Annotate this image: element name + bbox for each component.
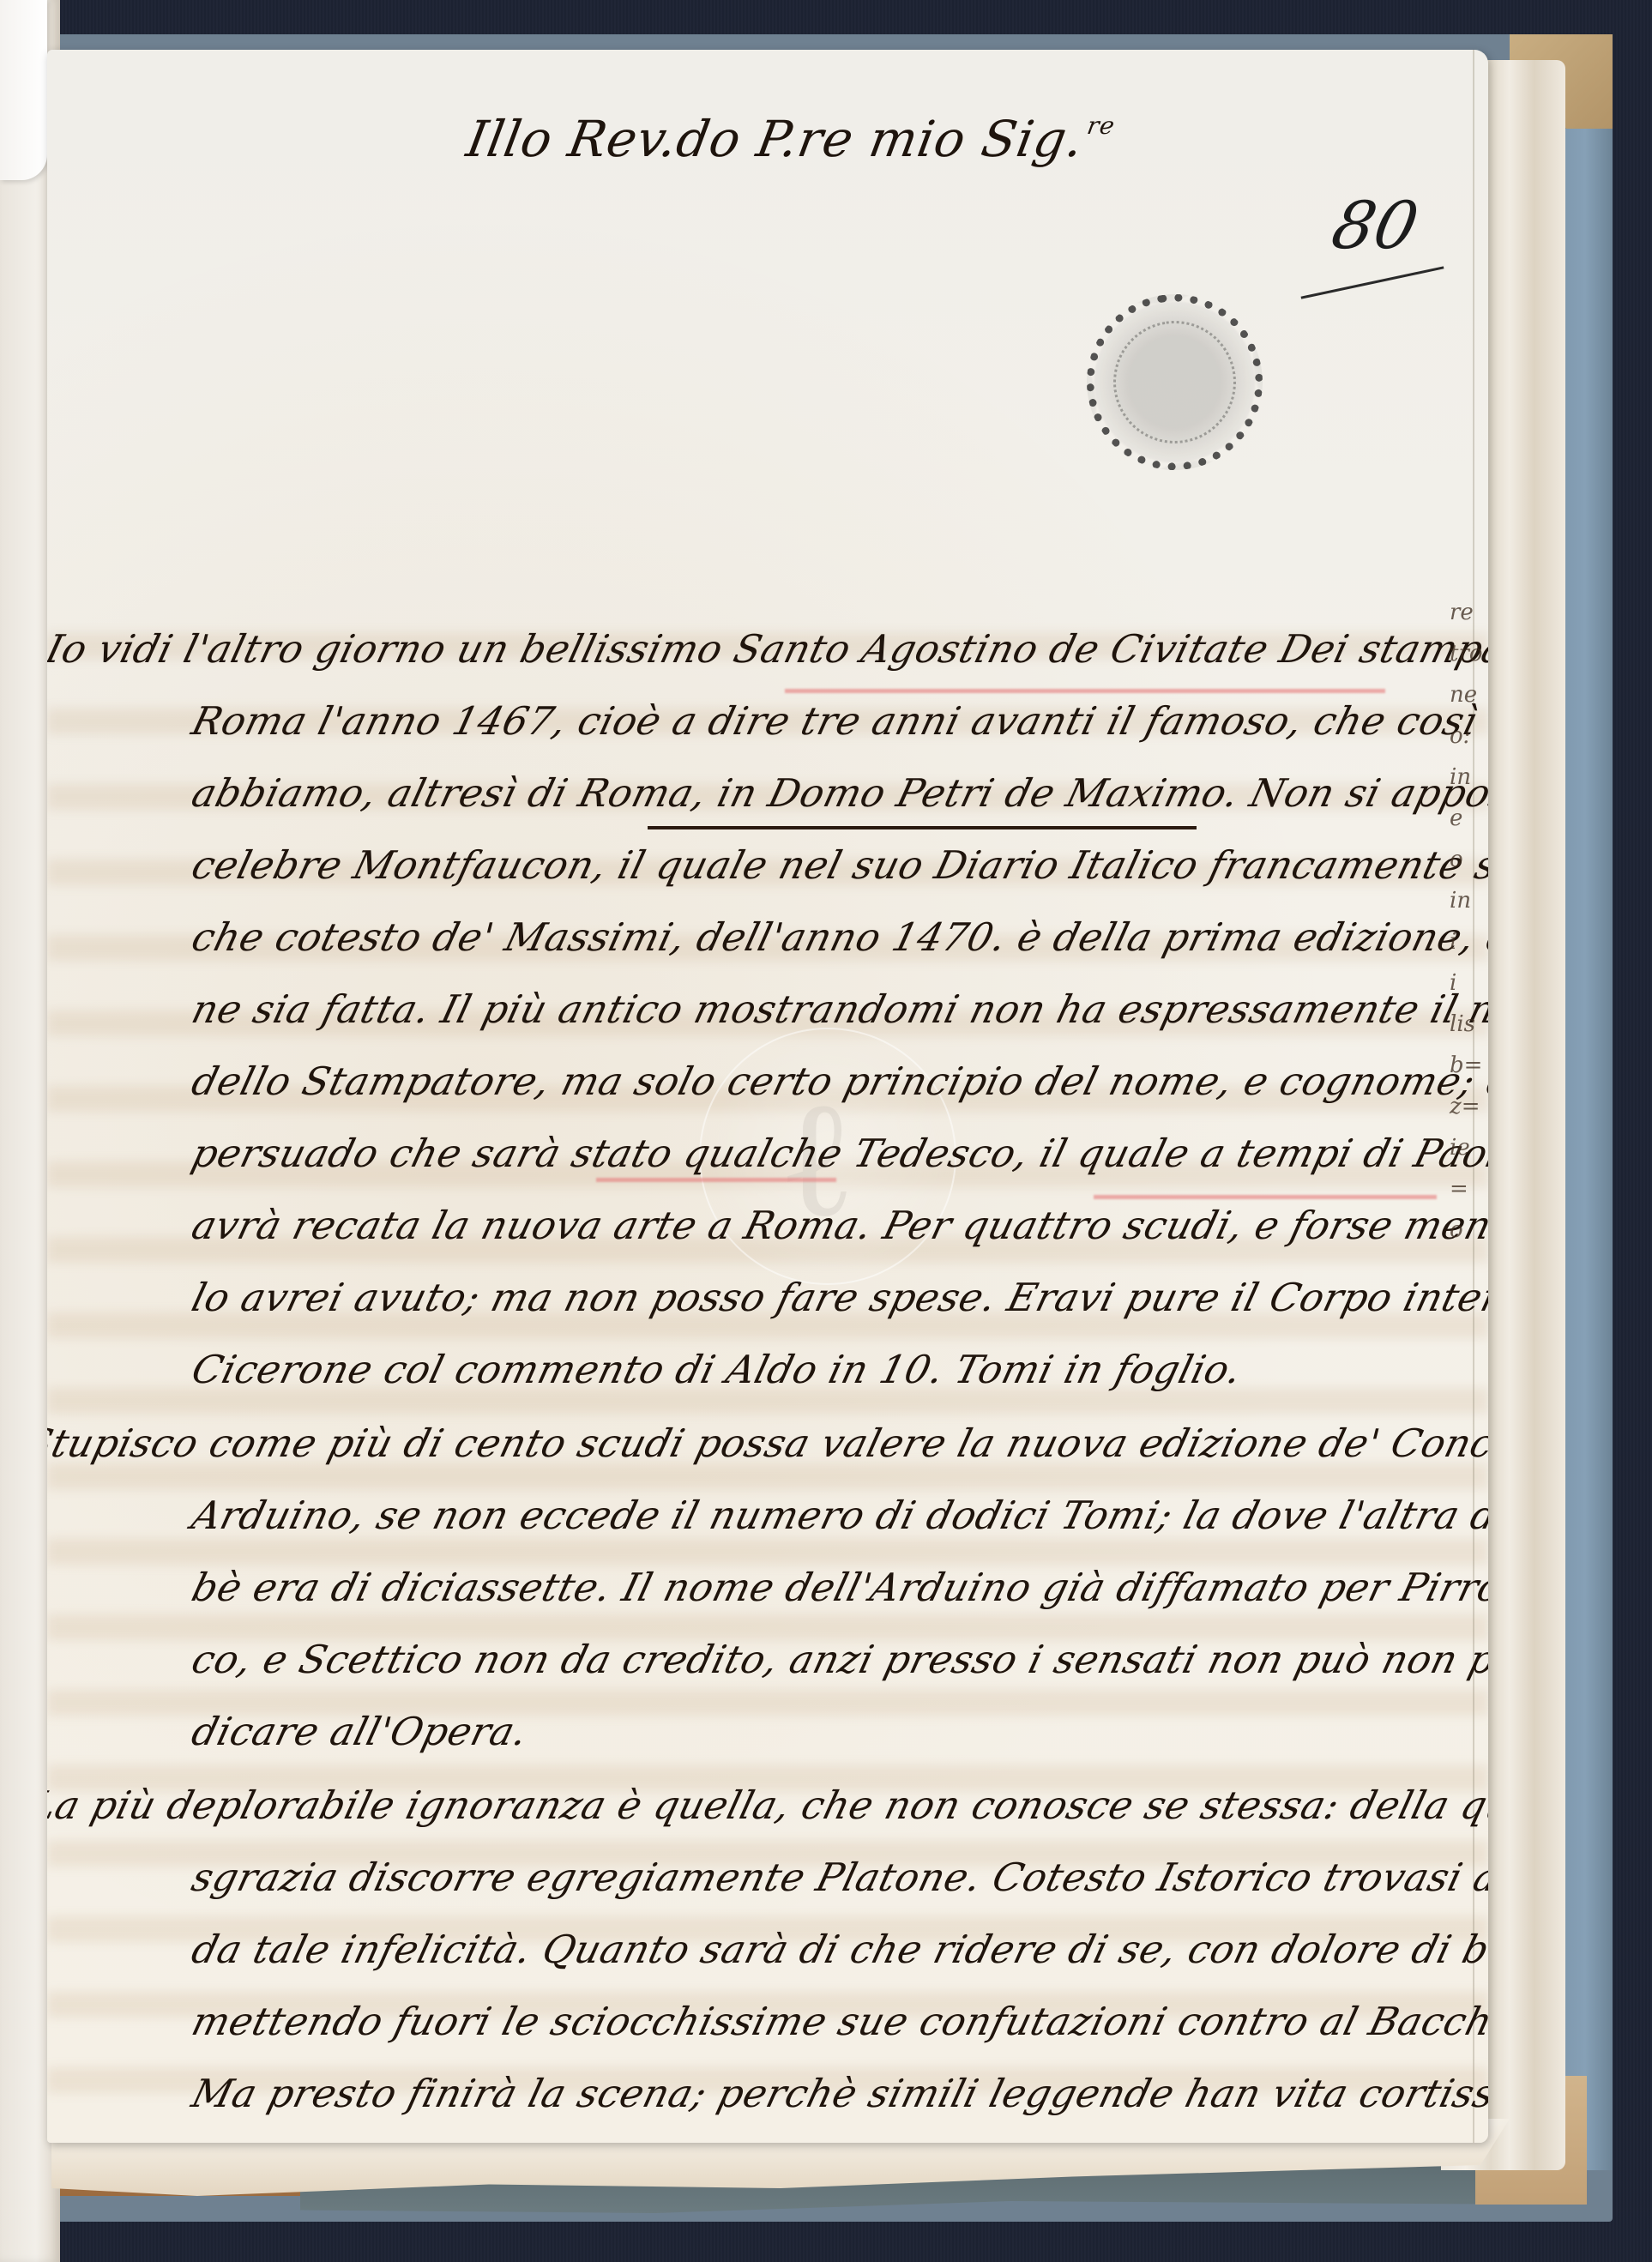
paragraph-1-line-9: avrà recata la nuova arte a Roma. Per qu… — [187, 1203, 1488, 1248]
paragraph-1-line-10: lo avrei avuto; ma non posso fare spese.… — [187, 1275, 1488, 1320]
margin-fragment: e — [1450, 798, 1501, 839]
paragraph-3-line-4: mettendo fuori le sciocchissime sue conf… — [187, 1999, 1488, 2044]
red-pencil-mark-civitate-dei — [785, 689, 1385, 693]
margin-fragment: in — [1450, 880, 1501, 921]
paragraph-3-line-1: La più deplorabile ignoranza è quella, c… — [47, 1782, 1488, 1828]
manuscript-page: Illo Rev.do P.re mio Sig.re 80 ℓ Io vidi… — [47, 50, 1488, 2143]
margin-fragment: i — [1450, 962, 1501, 1004]
paragraph-2-line-5: dicare all'Opera. — [187, 1709, 532, 1754]
paragraph-1-line-8: persuado che sarà stato qualche Tedesco,… — [187, 1131, 1488, 1176]
letter-salutation: Illo Rev.do P.re mio Sig.re — [462, 110, 1118, 168]
paragraph-1-line-2: Roma l'anno 1467, cioè a dire tre anni a… — [187, 698, 1482, 744]
margin-fragment: b= — [1450, 1045, 1501, 1086]
margin-fragment: re — [1450, 592, 1501, 633]
paragraph-2-line-3: bè era di diciassette. Il nome dell'Ardu… — [187, 1565, 1488, 1610]
salutation-superscript: re — [1085, 112, 1118, 140]
paragraph-1-line-4: celebre Montfaucon, il quale nel suo Dia… — [187, 842, 1488, 888]
library-stamp-icon — [1076, 283, 1275, 482]
salutation-text: Illo Rev.do P.re mio Sig. — [462, 110, 1088, 168]
folio-number: 80 — [1326, 187, 1426, 263]
folio-underline — [1301, 266, 1444, 299]
margin-fragment: ie — [1450, 1127, 1501, 1168]
margin-fragment: o — [1450, 839, 1501, 880]
paragraph-1-line-6: ne sia fatta. Il più antico mostrandomi … — [187, 986, 1488, 1032]
margin-fragment: in — [1450, 757, 1501, 798]
facing-page-tab — [0, 0, 47, 180]
margin-fragment: o — [1450, 1209, 1501, 1251]
red-pencil-mark-paolo-secondo — [1094, 1195, 1437, 1199]
paragraph-2-line-1: Stupisco come più di cento scudi possa v… — [47, 1421, 1488, 1466]
margin-fragment: tro — [1450, 633, 1501, 674]
underline-in-domo-petri — [648, 826, 1197, 829]
margin-fragment: = — [1450, 1168, 1501, 1209]
margin-fragment: ne — [1450, 674, 1501, 715]
paragraph-1-line-11: Cicerone col commento di Aldo in 10. Tom… — [187, 1347, 1246, 1392]
margin-fragment: i — [1450, 921, 1501, 962]
margin-fragment: o: — [1450, 715, 1501, 757]
margin-fragments: re tro ne o: in e o in i i lis b= z= ie … — [1450, 592, 1501, 1251]
paragraph-1-line-3: abbiamo, altresì di Roma, in Domo Petri … — [187, 770, 1488, 816]
paragraph-3-line-3: da tale infelicità. Quanto sarà di che r… — [187, 1927, 1488, 1972]
paragraph-3-line-2: sgrazia discorre egregiamente Platone. C… — [187, 1855, 1488, 1900]
margin-fragment: z= — [1450, 1086, 1501, 1127]
manuscript-photograph: Illo Rev.do P.re mio Sig.re 80 ℓ Io vidi… — [0, 0, 1652, 2262]
paragraph-1-line-5: che cotesto de' Massimi, dell'anno 1470.… — [187, 914, 1488, 960]
margin-fragment: lis — [1450, 1004, 1501, 1045]
red-pencil-mark-tedesco — [596, 1178, 836, 1182]
paragraph-1-line-1: Io vidi l'altro giorno un bellissimo San… — [47, 626, 1488, 672]
paragraph-2-line-4: co, e Scettico non da credito, anzi pres… — [187, 1637, 1488, 1682]
paragraph-2-line-2: Arduino, se non eccede il numero di dodi… — [187, 1493, 1488, 1538]
paragraph-3-line-5: Ma presto finirà la scena; perchè simili… — [187, 2071, 1488, 2116]
paragraph-1-line-7: dello Stampatore, ma solo certo principi… — [187, 1059, 1488, 1104]
